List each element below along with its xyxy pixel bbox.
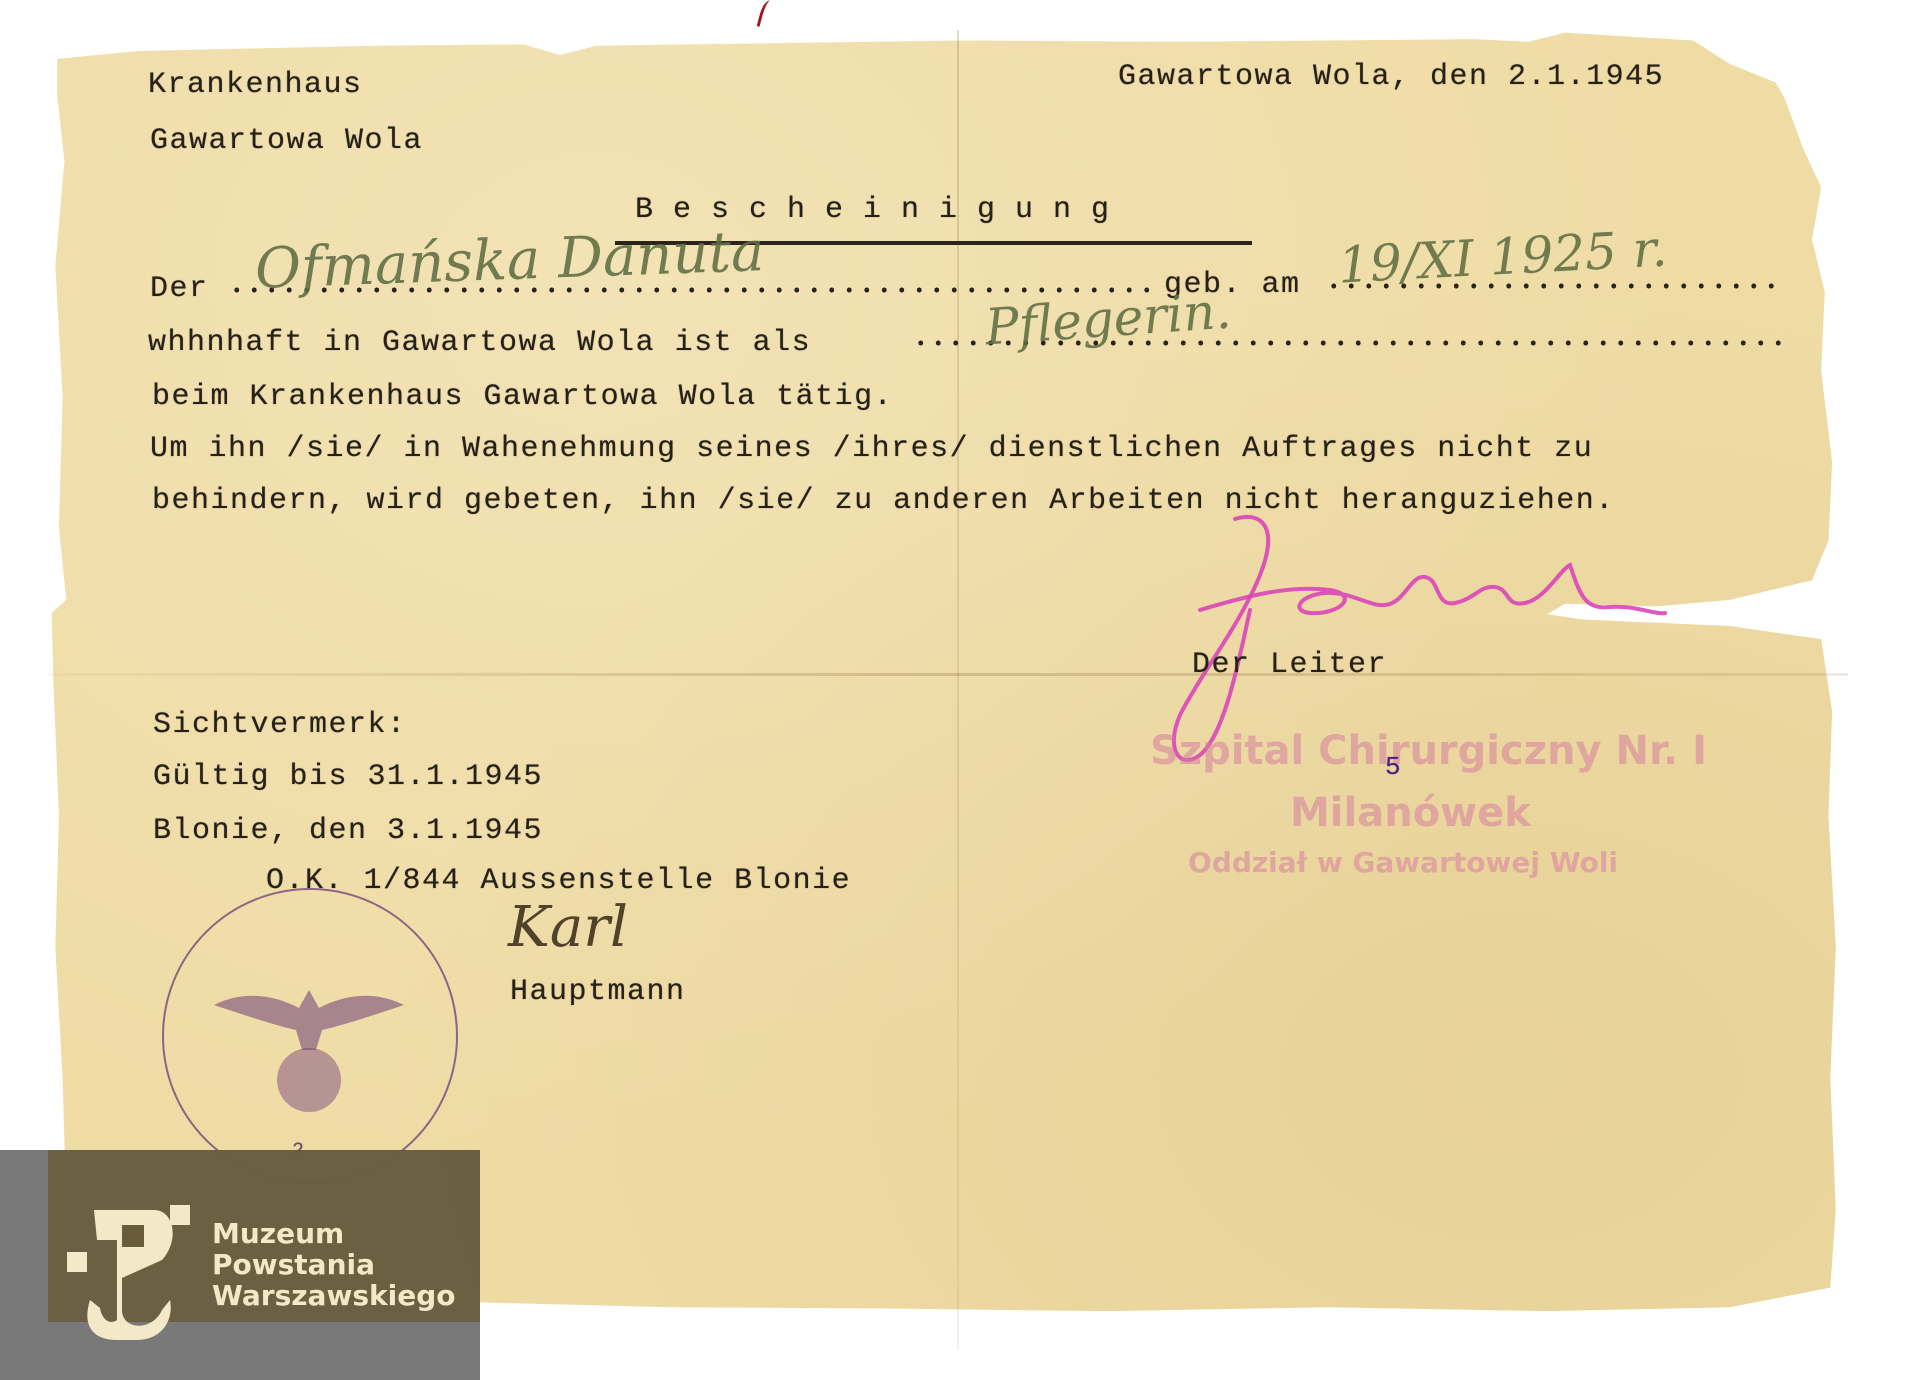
visa-rank: Hauptmann bbox=[510, 975, 686, 1009]
visa-heading: Sichtvermerk: bbox=[153, 708, 407, 742]
eagle-emblem-icon bbox=[204, 960, 414, 1120]
red-thread bbox=[757, 0, 775, 29]
round-official-stamp: 2 bbox=[162, 888, 458, 1184]
header-place-date: Gawartowa Wola, den 2.1.1945 bbox=[1118, 60, 1664, 94]
visa-office: O.K. 1/844 Aussenstelle Blonie bbox=[266, 864, 851, 898]
line2-prefix: whhnhaft in Gawartowa Wola ist als bbox=[148, 326, 811, 360]
line1-prefix: Der bbox=[150, 272, 209, 306]
museum-watermark: Muzeum Powstania Warszawskiego bbox=[0, 1150, 480, 1380]
line4-text: Um ihn /sie/ in Wahenehmung seines /ihre… bbox=[150, 432, 1593, 466]
hospital-stamp-line3: Oddział w Gawartowej Woli bbox=[1188, 846, 1618, 879]
line3-text: beim Krankenhaus Gawartowa Wola tätig. bbox=[152, 380, 893, 414]
header-institution-line1: Krankenhaus bbox=[148, 68, 363, 102]
hospital-stamp-line1: Szpital Chirurgiczny Nr. I bbox=[1150, 728, 1707, 774]
visa-place-date: Blonie, den 3.1.1945 bbox=[153, 814, 543, 848]
museum-name-line2: Powstania bbox=[212, 1249, 375, 1280]
museum-name-line1: Muzeum bbox=[212, 1218, 344, 1249]
line5-text: behindern, wird gebeten, ihn /sie/ zu an… bbox=[152, 484, 1615, 518]
hospital-stamp-line2: Milanówek bbox=[1290, 790, 1531, 836]
hospital-stamp-mark: 5 bbox=[1385, 752, 1402, 782]
museum-name-line3: Warszawskiego bbox=[212, 1280, 455, 1311]
anchor-emblem-icon bbox=[62, 1200, 192, 1340]
signature-label: Der Leiter bbox=[1192, 648, 1387, 682]
visa-signature: Karl bbox=[508, 895, 628, 960]
visa-valid-until: Gültig bis 31.1.1945 bbox=[153, 760, 543, 794]
header-institution-line2: Gawartowa Wola bbox=[150, 124, 423, 158]
vertical-fold-line bbox=[957, 30, 959, 1350]
